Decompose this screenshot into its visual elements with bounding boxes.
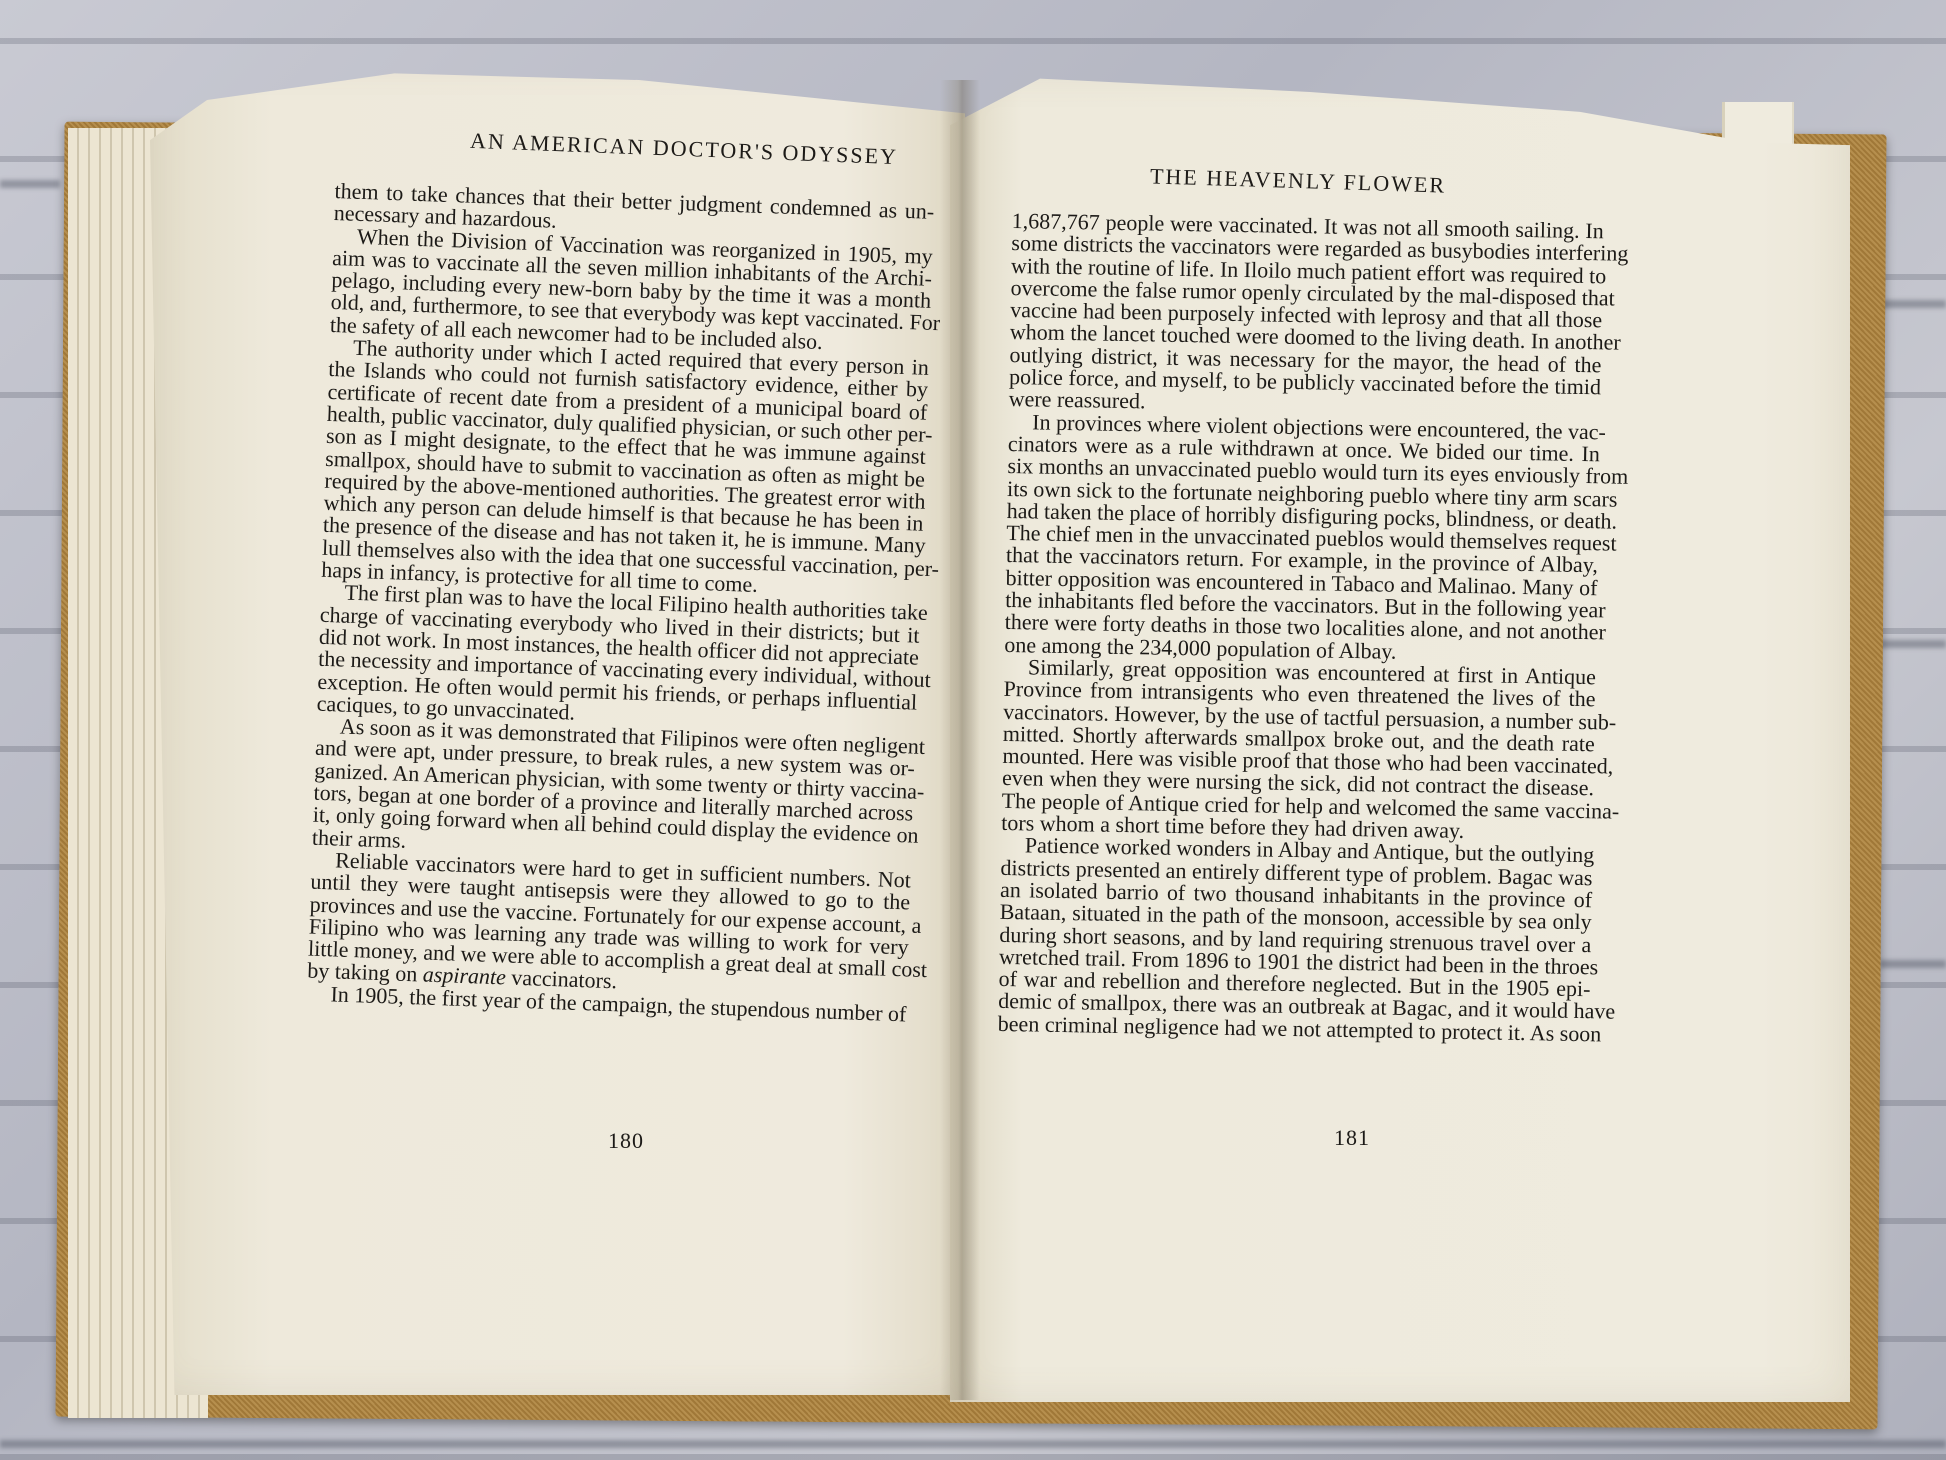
brick-mortar-line (0, 180, 60, 188)
right-page-number: 181 (1334, 1125, 1370, 1151)
book-gutter (940, 80, 980, 1400)
brick-mortar-line (1880, 960, 1946, 968)
left-page-body: them to take chances that their better j… (306, 180, 934, 1025)
brick-mortar-line (1880, 300, 1946, 308)
brick-mortar-line (1880, 640, 1946, 648)
right-page-body: 1,687,767 people were vaccinated. It was… (998, 210, 1604, 1045)
left-page-number: 180 (608, 1128, 644, 1154)
brick-mortar-line (0, 1440, 1946, 1448)
